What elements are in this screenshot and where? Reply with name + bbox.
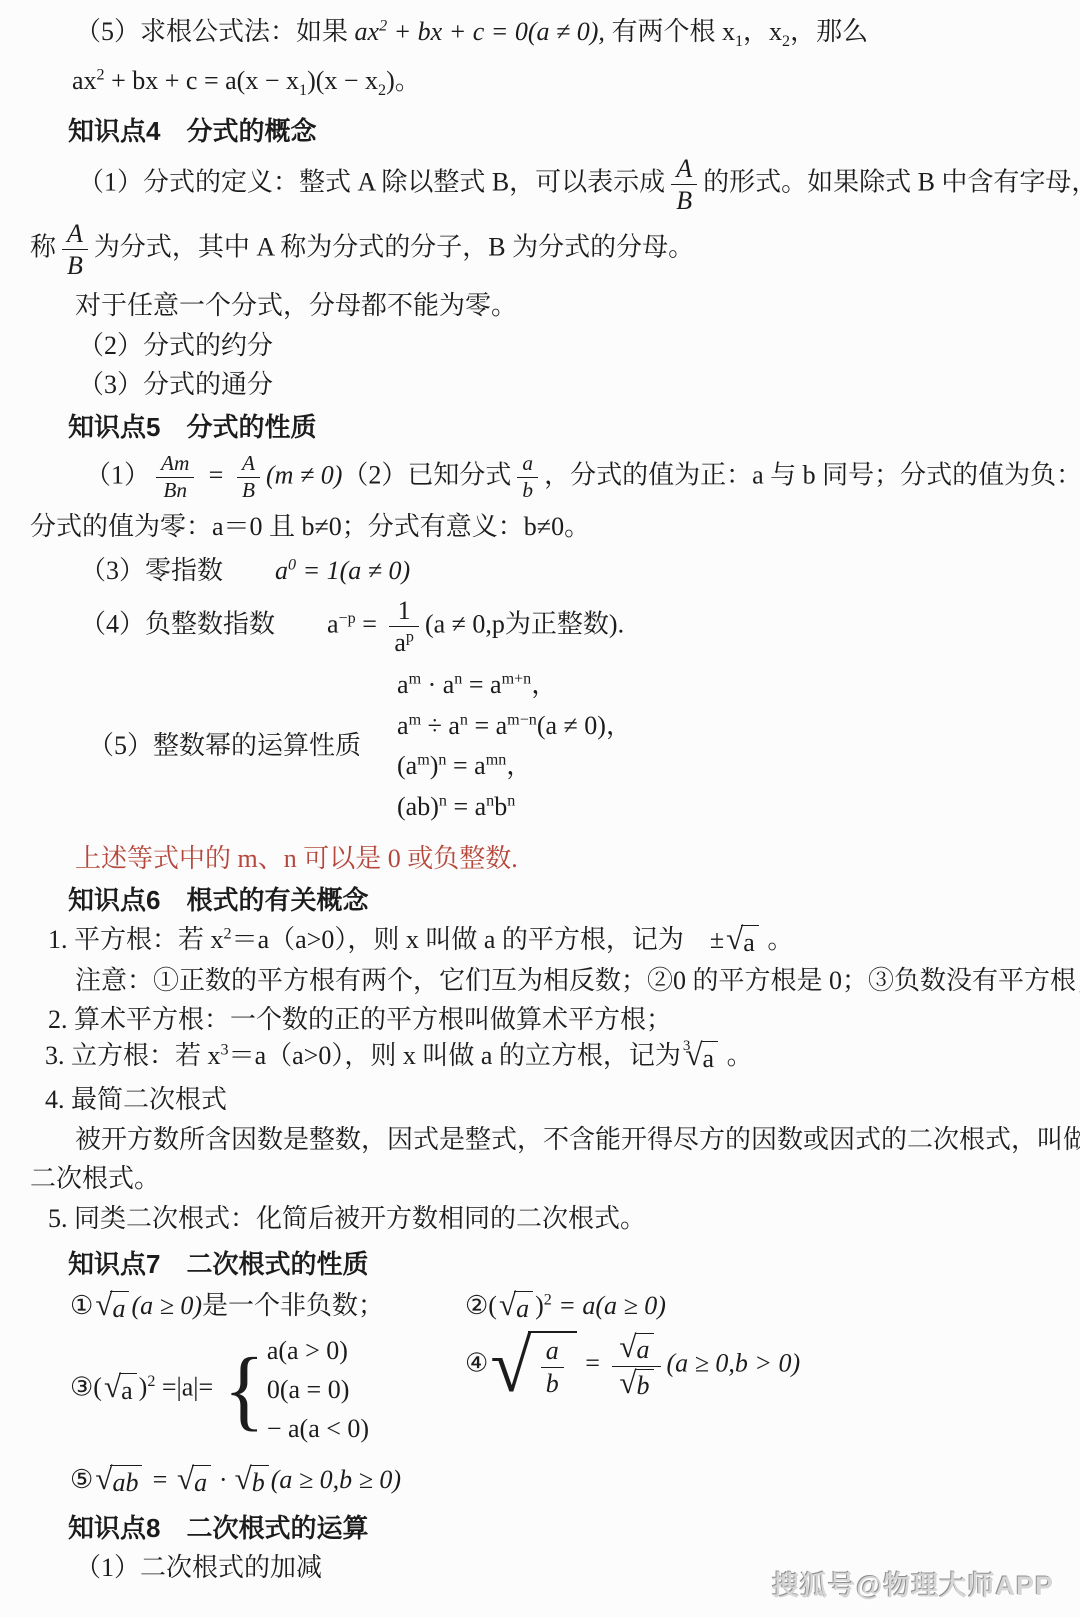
simplest-radical-title: 4. 最简二次根式 — [30, 1084, 1054, 1117]
power-rules-group: （5）整数幂的运算性质am · an = am+n，am ÷ an = am−n… — [30, 661, 1054, 831]
radical-property-1-2-col-1: ①√a(a ≥ 0)是一个非负数； — [70, 1290, 465, 1325]
power-rules-group-formula-3: (am)n = amn， — [397, 749, 632, 783]
quadratic-factorization: ax2 + bx + c = a(x − x1)(x − x2)。 — [30, 65, 1054, 98]
radical-property-3-4-col-1: ③(√a)2 =|a|= {a(a > 0)0(a = 0)− a(a < 0) — [70, 1331, 465, 1448]
fraction-reduction: （2）分式的约分 — [30, 330, 1054, 363]
heading-kp8: 知识点8 二次根式的运算 — [30, 1512, 1054, 1545]
fraction-zero-meaning: 分式的值为零：a＝0 且 b≠0；分式有意义：b≠0。 — [30, 511, 1054, 544]
cube-root-def: 3. 立方根：若 x3＝a（a>0），则 x 叫做 a 的立方根，记为3√a 。 — [30, 1040, 1054, 1075]
power-rules-group-label: （5）整数幂的运算性质 — [88, 730, 361, 763]
watermark: 搜狐号@物理大师APP — [772, 1564, 1054, 1603]
heading-kp6: 知识点6 根式的有关概念 — [30, 884, 1054, 917]
square-root-note: 注意：①正数的平方根有两个，它们互为相反数；②0 的平方根是 0；③负数没有平方… — [30, 965, 1054, 998]
power-rules-group-formula-2: am ÷ an = am−n(a ≠ 0)， — [397, 709, 632, 743]
radical-property-3-4-col-2: ④√ab = √a√b(a ≥ 0,b > 0) — [465, 1331, 800, 1400]
radical-property-1-2: ①√a(a ≥ 0)是一个非负数；②(√a)2 = a(a ≥ 0) — [30, 1290, 1054, 1325]
fraction-naming: 称AB为分式，其中 A 称为分式的分子，B 为分式的分母。 — [30, 219, 1054, 280]
fraction-properties-1-2: （1）AmBn = AB(m ≠ 0)（2）已知分式ab，分式的值为正：a 与 … — [30, 452, 1054, 503]
heading-kp7: 知识点7 二次根式的性质 — [30, 1248, 1054, 1281]
square-root-def: 1. 平方根：若 x2＝a（a>0），则 x 叫做 a 的平方根，记为 ±√a … — [30, 924, 1054, 959]
denominator-note: 对于任意一个分式，分母都不能为零。 — [30, 290, 1054, 323]
power-rules-group-formula-1: am · an = am+n， — [397, 668, 632, 702]
simplest-radical-def-2: 二次根式。 — [30, 1163, 1054, 1196]
quadratic-formula-intro: （5）求根公式法：如果 ax2 + bx + c = 0(a ≠ 0), 有两个… — [30, 16, 1054, 49]
document-page: （5）求根公式法：如果 ax2 + bx + c = 0(a ≠ 0), 有两个… — [0, 0, 1080, 1585]
simplest-radical-def-1: 被开方数所含因数是整数，因式是整式，不含能开得尽方的因数或因式的二次根式，叫做最… — [30, 1124, 1054, 1157]
radical-property-1-2-col-2: ②(√a)2 = a(a ≥ 0) — [465, 1290, 666, 1325]
heading-kp5: 知识点5 分式的性质 — [30, 411, 1054, 444]
fraction-common-denominator: （3）分式的通分 — [30, 369, 1054, 402]
heading-kp4: 知识点4 分式的概念 — [30, 115, 1054, 148]
fraction-definition: （1）分式的定义：整式 A 除以整式 B，可以表示成AB的形式。如果除式 B 中… — [30, 154, 1054, 215]
arithmetic-square-root: 2. 算术平方根：一个数的正的平方根叫做算术平方根； — [30, 1004, 1054, 1037]
radical-property-3-4: ③(√a)2 =|a|= {a(a > 0)0(a = 0)− a(a < 0)… — [30, 1331, 1054, 1448]
radical-property-5: ⑤√ab = √a · √b(a ≥ 0,b ≥ 0) — [30, 1464, 1054, 1499]
similar-radicals: 5. 同类二次根式：化简后被开方数相同的二次根式。 — [30, 1203, 1054, 1236]
zero-exponent: （3）零指数 a0 = 1(a ≠ 0) — [30, 555, 1054, 588]
power-rules-group-formula-4: (ab)n = anbn — [397, 790, 632, 824]
note-m-n-red: 上述等式中的 m、n 可以是 0 或负整数. — [30, 843, 1054, 876]
negative-exponent: （4）负整数指数 a−p = 1ap(a ≠ 0,p为正整数). — [30, 596, 1054, 657]
